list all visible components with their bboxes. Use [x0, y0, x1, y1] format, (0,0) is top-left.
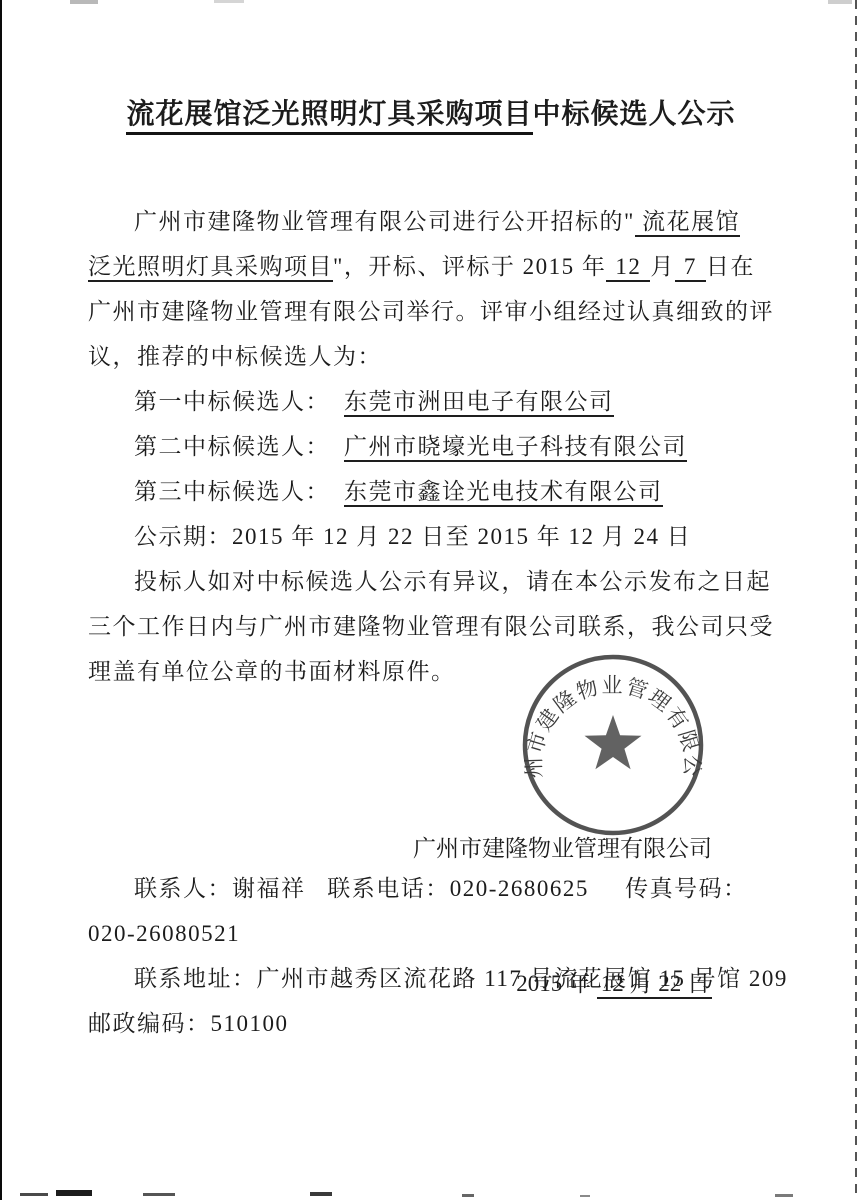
candidate-label: 第二中标候选人：: [134, 434, 330, 459]
candidate-label: 第一中标候选人：: [134, 389, 330, 414]
objection-line-1: 投标人如对中标候选人公示有异议，请在本公示发布之日起: [88, 559, 786, 604]
candidate-company-name: 广州市晓壕光电子科技有限公司: [344, 434, 687, 462]
scan-speck-bottom: [310, 1192, 332, 1196]
seal-star-icon: [585, 715, 642, 769]
scan-speck-bottom: [56, 1190, 92, 1196]
intro-text: "，开标、评标于 2015 年: [333, 254, 606, 279]
document-body: 广州市建隆物业管理有限公司进行公开招标的" 流花展馆 泛光照明灯具采购项目"，开…: [88, 199, 786, 694]
scan-smudge-top: [70, 0, 98, 4]
scan-speck-bottom: [775, 1194, 793, 1197]
day-blank-value: 7: [675, 254, 706, 282]
intro-text: 广州市建隆物业管理有限公司进行公开招标的": [134, 209, 635, 234]
candidate-company-name: 东莞市鑫诠光电技术有限公司: [344, 479, 663, 507]
contact-block: 联系人：谢福祥 联系电话：020-2680625 传真号码： 020-26080…: [88, 866, 788, 1046]
candidate-label: 第三中标候选人：: [134, 479, 330, 504]
svg-text:广州市建隆物业管理有限公司: 广州市建隆物业管理有限公司: [518, 650, 704, 779]
seal-graphic: 广州市建隆物业管理有限公司: [518, 650, 708, 840]
project-name-underlined: 泛光照明灯具采购项目: [88, 254, 333, 282]
intro-text: 日在: [706, 254, 755, 279]
scan-speck-bottom: [143, 1193, 175, 1196]
candidate-row-2: 第二中标候选人：广州市晓壕光电子科技有限公司: [88, 424, 786, 469]
intro-text: 月: [650, 254, 675, 279]
seal-arc-text: 广州市建隆物业管理有限公司: [518, 650, 704, 779]
scan-speck-bottom: [20, 1193, 48, 1196]
title-rest-part: 中标候选人公示: [533, 99, 736, 130]
candidate-row-3: 第三中标候选人：东莞市鑫诠光电技术有限公司: [88, 469, 786, 514]
contact-fax-number: 020-26080521: [88, 911, 788, 956]
document-title: 流花展馆泛光照明灯具采购项目中标候选人公示: [0, 94, 862, 136]
contact-postcode: 邮政编码：510100: [88, 1001, 788, 1046]
month-blank-value: 12: [606, 254, 650, 282]
scan-speck-bottom: [580, 1195, 590, 1197]
company-seal-stamp: 广州市建隆物业管理有限公司: [518, 650, 708, 840]
scan-edge-left-line: [0, 0, 2, 1200]
scan-smudge-top: [214, 0, 244, 3]
intro-line-2: 泛光照明灯具采购项目"，开标、评标于 2015 年12月7日在: [88, 244, 786, 289]
candidate-company-name: 东莞市洲田电子有限公司: [344, 389, 614, 417]
contact-address: 联系地址：广州市越秀区流花路 117 号流花展馆 15 号馆 209: [88, 956, 788, 1001]
intro-line-4: 议，推荐的中标候选人为：: [88, 334, 786, 379]
publicity-period-line: 公示期：2015 年 12 月 22 日至 2015 年 12 月 24 日: [88, 514, 786, 559]
title-underlined-part: 流花展馆泛光照明灯具采购项目: [126, 99, 532, 135]
project-name-underlined: 流花展馆: [635, 209, 740, 237]
scan-smudge-top: [828, 0, 852, 4]
scan-speck-bottom: [462, 1194, 474, 1197]
candidate-row-1: 第一中标候选人：东莞市洲田电子有限公司: [88, 379, 786, 424]
scan-edge-right-line: [855, 0, 857, 1200]
objection-line-2: 三个工作日内与广州市建隆物业管理有限公司联系，我公司只受: [88, 604, 786, 649]
scanned-document-page: 流花展馆泛光照明灯具采购项目中标候选人公示 广州市建隆物业管理有限公司进行公开招…: [0, 0, 862, 1200]
intro-line-1: 广州市建隆物业管理有限公司进行公开招标的" 流花展馆: [88, 199, 786, 244]
contact-line-1: 联系人：谢福祥 联系电话：020-2680625 传真号码：: [88, 866, 788, 911]
intro-line-3: 广州市建隆物业管理有限公司举行。评审小组经过认真细致的评: [88, 289, 786, 334]
